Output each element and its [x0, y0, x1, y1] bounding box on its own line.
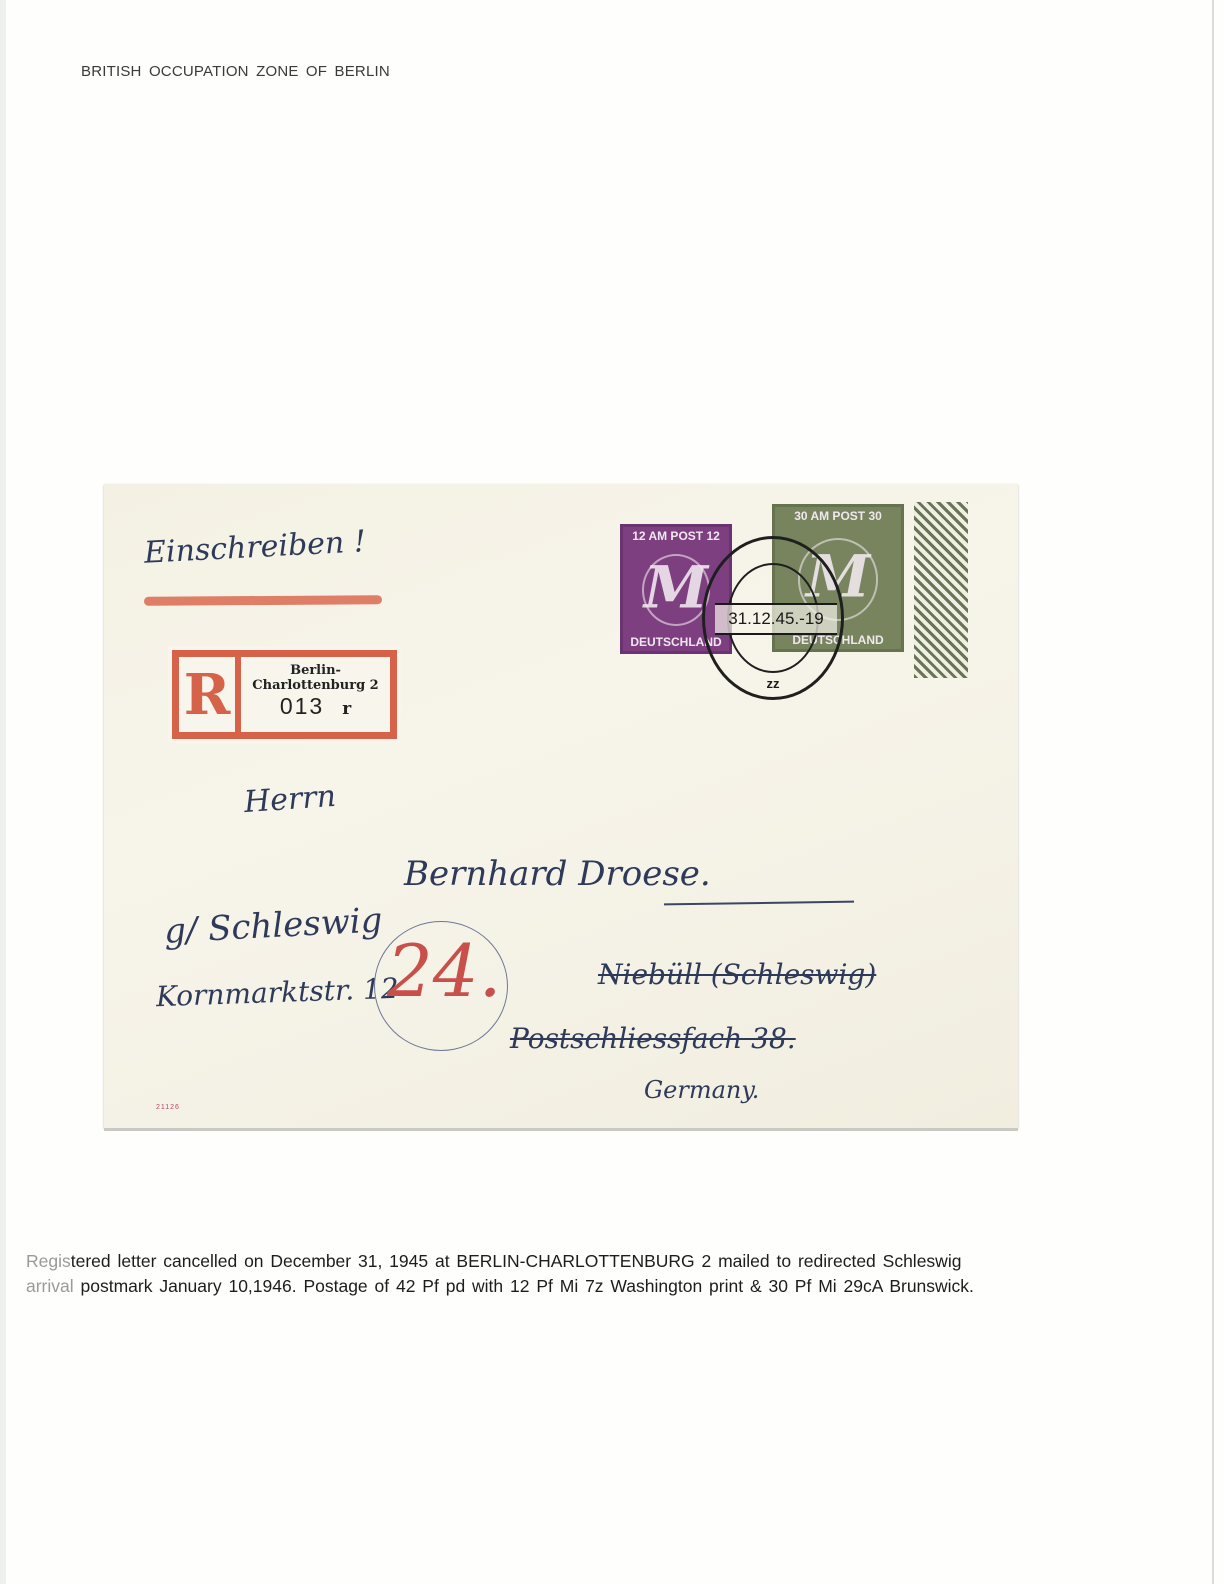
- registration-r: R: [179, 657, 241, 732]
- handwritten-einschreiben: Einschreiben !: [143, 524, 366, 571]
- registration-office-line1: Berlin-: [241, 663, 390, 678]
- page-title: BRITISH OCCUPATION ZONE OF BERLIN: [81, 63, 390, 80]
- red-crayon-line: [144, 595, 382, 606]
- postmark: BERLIN-CHARLOTTENBURG 2 31.12.45.-19 zz: [702, 536, 844, 700]
- printer-mark: 21126: [156, 1104, 180, 1111]
- stamp-top-text: 30 AM POST 30: [775, 509, 901, 523]
- stamp-m-glyph: M: [644, 554, 708, 622]
- handwritten-redirect-line1: g/ Schleswig: [163, 900, 383, 951]
- handwritten-herrn: Herrn: [243, 779, 337, 820]
- postmark-code: zz: [705, 676, 841, 691]
- caption-line2: arrival postmark January 10,1946. Postag…: [26, 1274, 974, 1299]
- registration-office-line2: Charlottenburg 2: [241, 678, 390, 693]
- registration-number: 013: [280, 693, 324, 719]
- page-scan-edge: [1212, 0, 1214, 1584]
- page-scan-edge: [0, 0, 6, 1584]
- registered-envelope: Einschreiben ! R Berlin- Charlottenburg …: [104, 484, 1018, 1128]
- handwritten-addressee-name: Bernhard Droese.: [404, 854, 711, 894]
- caption: Registered letter cancelled on December …: [26, 1249, 974, 1299]
- handwritten-redirect-line2: Kornmarktstr. 12: [155, 972, 399, 1013]
- stamp-top-text: 12 AM POST 12: [623, 529, 729, 543]
- crossed-address-line1: Niebüll (Schleswig): [598, 958, 876, 991]
- crossed-address-line2: Postschliessfach 38.: [510, 1022, 796, 1055]
- registration-label: R Berlin- Charlottenburg 2 013r: [168, 646, 401, 743]
- handwritten-country: Germany.: [644, 1076, 759, 1104]
- sheet-margin-selvage: [914, 502, 968, 678]
- caption-line1: Registered letter cancelled on December …: [26, 1249, 974, 1274]
- red-number-24: 24.: [387, 929, 502, 1013]
- postmark-date: 31.12.45.-19: [715, 603, 837, 635]
- name-underline: [664, 901, 854, 906]
- registration-suffix: r: [342, 699, 351, 719]
